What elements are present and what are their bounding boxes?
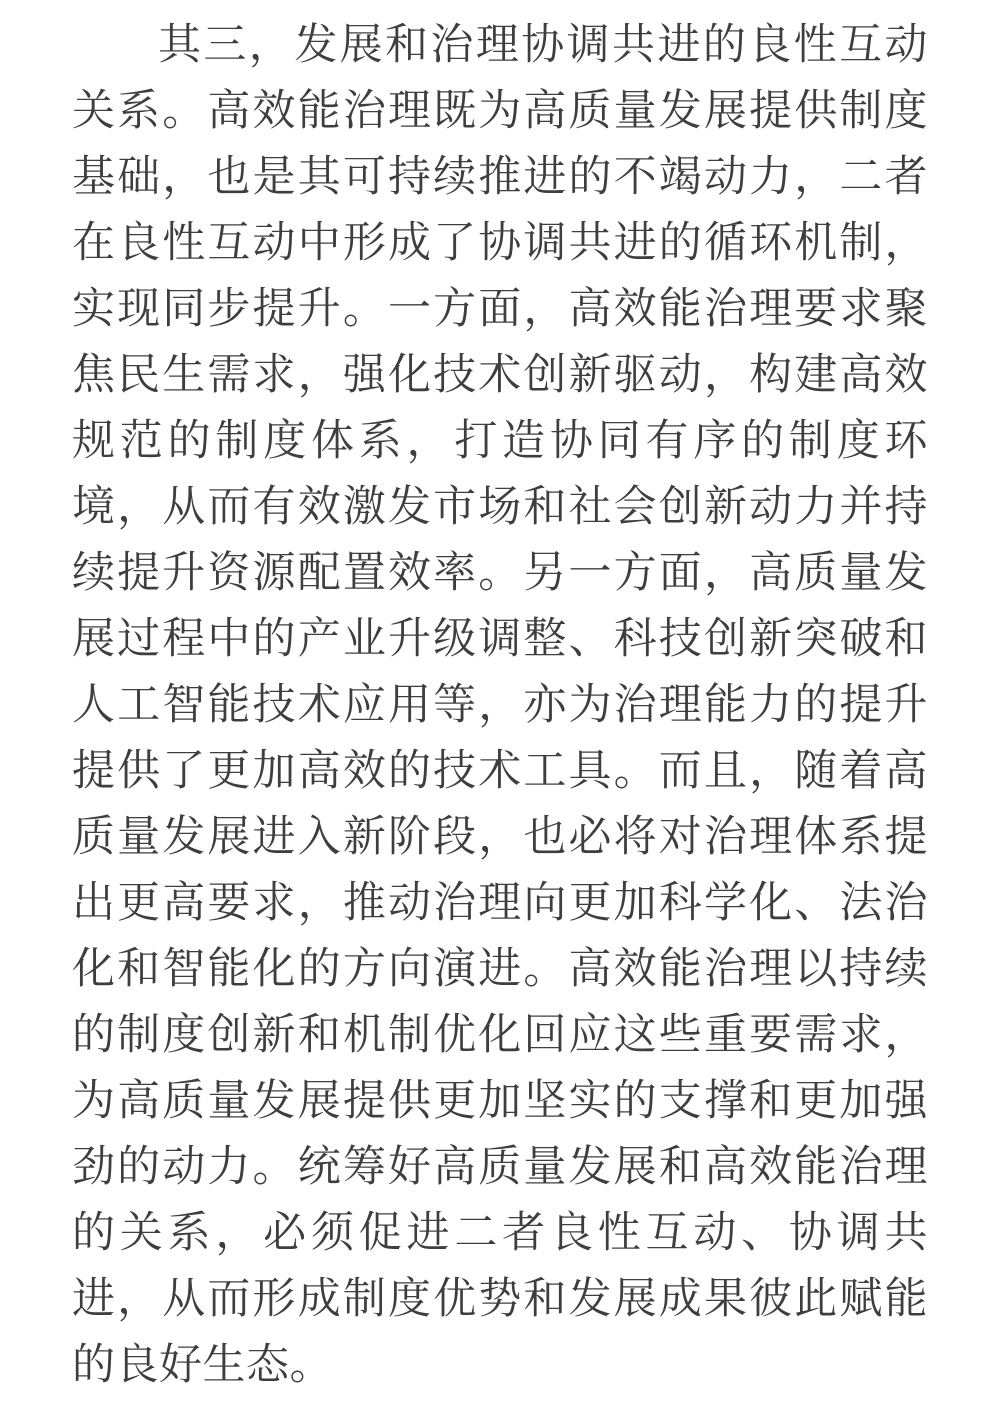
- article-paragraph: 其三，发展和治理协调共进的良性互动关系。高效能治理既为高质量发展提供制度基础，也…: [72, 12, 928, 1398]
- article-page: 其三，发展和治理协调共进的良性互动关系。高效能治理既为高质量发展提供制度基础，也…: [0, 0, 999, 1404]
